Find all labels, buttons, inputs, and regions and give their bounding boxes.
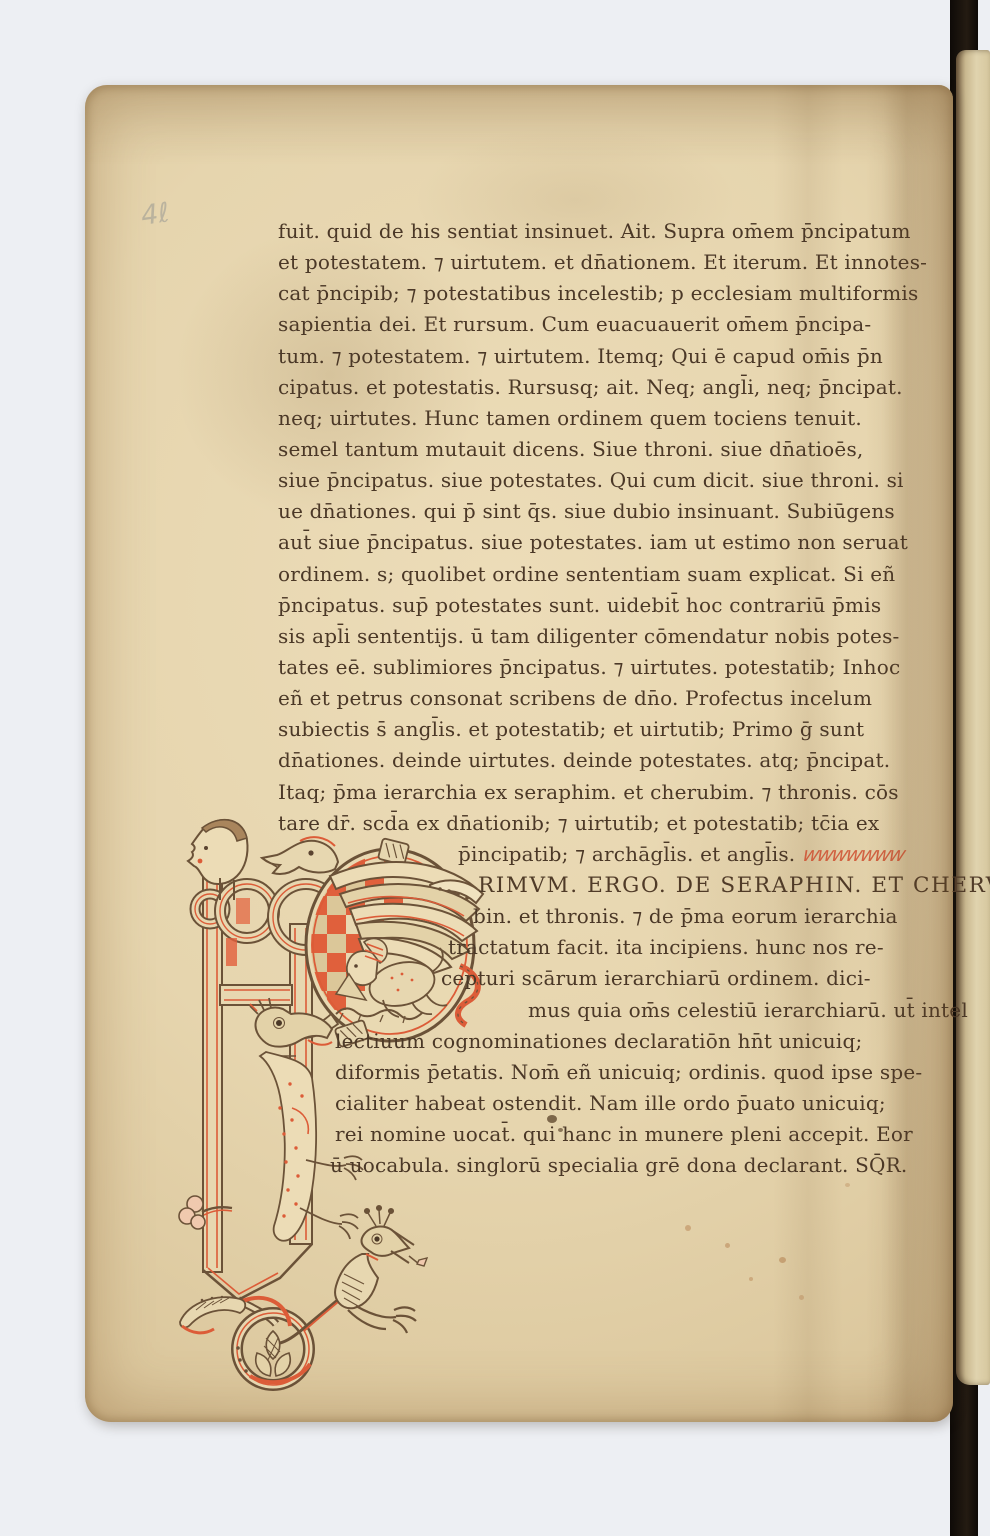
foxing-spot bbox=[749, 1277, 753, 1281]
text-line: ū uocabula. singlorū specialia grē dona … bbox=[330, 1150, 968, 1181]
text-line: siue p̄ncipatus. siue potestates. Qui cu… bbox=[278, 465, 968, 496]
text-line: dn̄ationes. deinde uirtutes. deinde pote… bbox=[278, 745, 968, 776]
initial-loop-trefoil bbox=[256, 1331, 290, 1376]
text-line: sis apl̄i sententijs. ū tam diligenter c… bbox=[278, 621, 968, 652]
text-line: neq; uirtutes. Hunc tamen ordinem quem t… bbox=[278, 403, 968, 434]
text-line: tare dr̄. scd̄a ex dn̄ationib; ⁊ uirtuti… bbox=[278, 808, 968, 839]
foxing-spot bbox=[845, 1183, 850, 1187]
foxing-spot bbox=[779, 1257, 786, 1263]
text-line: cat p̄ncipib; ⁊ potestatibus incelestib;… bbox=[278, 278, 968, 309]
manuscript-page: 4ℓ bbox=[85, 85, 953, 1422]
text-line: rei nomine uocat̄. qui hanc in munere pl… bbox=[335, 1119, 968, 1150]
text-line: tum. ⁊ potestatem. ⁊ uirtutem. Itemq; Qu… bbox=[278, 341, 968, 372]
foxing-spot bbox=[799, 1295, 804, 1300]
text-line: subiectis s̄ angl̄is. et potestatib; et … bbox=[278, 714, 968, 745]
text-line: cepturi scārum ierarchiarū ordinem. dici… bbox=[441, 963, 968, 994]
initial-vine-scroll bbox=[180, 1296, 310, 1385]
text-line: aut̄ siue p̄ncipatus. siue potestates. i… bbox=[278, 527, 968, 558]
text-line: cialiter habeat ostendit. Nam ille ordo … bbox=[335, 1088, 968, 1119]
text-line-content: p̄incipatib; ⁊ archāgl̄is. et angl̄is. bbox=[458, 842, 795, 866]
text-line: tates eē. sublimiores p̄ncipatus. ⁊ uirt… bbox=[278, 652, 968, 683]
incipit-capitals-line: RIMVM. ERGO. DE SERAPHIN. ET CHERV bbox=[478, 870, 968, 901]
text-line: fuit. quid de his sentiat insinuet. Ait.… bbox=[278, 216, 968, 247]
text-line: semel tantum mutauit dicens. Siue throni… bbox=[278, 434, 968, 465]
text-line: Itaq; p̄ma ierarchia ex seraphim. et che… bbox=[278, 777, 968, 808]
text-line: diformis p̄etatis. Nom̄ eñ unicuiq; ordi… bbox=[335, 1057, 968, 1088]
text-line: ordinem. s; quolibet ordine sententiam s… bbox=[278, 559, 968, 590]
text-line: mus quia om̄s celestiū ierarchiarū. ut̄ … bbox=[528, 995, 968, 1026]
text-line: lectiuum cognominationes declaratiōn hn… bbox=[335, 1026, 968, 1057]
text-block: fuit. quid de his sentiat insinuet. Ait.… bbox=[278, 216, 968, 1181]
text-line: ue dn̄ationes. qui p̄ sint q̄s. siue dub… bbox=[278, 496, 968, 527]
text-line: sapientia dei. Et rursum. Cum euacuaueri… bbox=[278, 309, 968, 340]
text-line: p̄incipatib; ⁊ archāgl̄is. et angl̄is.ww… bbox=[458, 839, 968, 870]
foxing-spot bbox=[685, 1225, 691, 1231]
faint-margin-mark: 4ℓ bbox=[139, 197, 171, 232]
foxing-spot bbox=[725, 1243, 730, 1248]
initial-bird-sprig bbox=[409, 1256, 427, 1266]
text-line: tractatum facit. ita incipiens. hunc nos… bbox=[448, 932, 968, 963]
text-line: cipatus. et potestatis. Rursusq; ait. Ne… bbox=[278, 372, 968, 403]
initial-bird-crest bbox=[365, 1206, 394, 1226]
initial-acanthus-leaf bbox=[180, 1296, 245, 1333]
text-line: bin. et thronis. ⁊ de p̄ma eorum ierarch… bbox=[473, 901, 968, 932]
text-line: p̄ncipatus. sup̄ potestates sunt. uidebi… bbox=[278, 590, 968, 621]
text-line: et potestatem. ⁊ uirtutem. et dn̄ationem… bbox=[278, 247, 968, 278]
text-line: eñ et petrus consonat scribens de dn̄o. … bbox=[278, 683, 968, 714]
scan-background: 4ℓ bbox=[0, 0, 990, 1536]
rubric-line-filler: wwwwwww bbox=[800, 839, 907, 870]
